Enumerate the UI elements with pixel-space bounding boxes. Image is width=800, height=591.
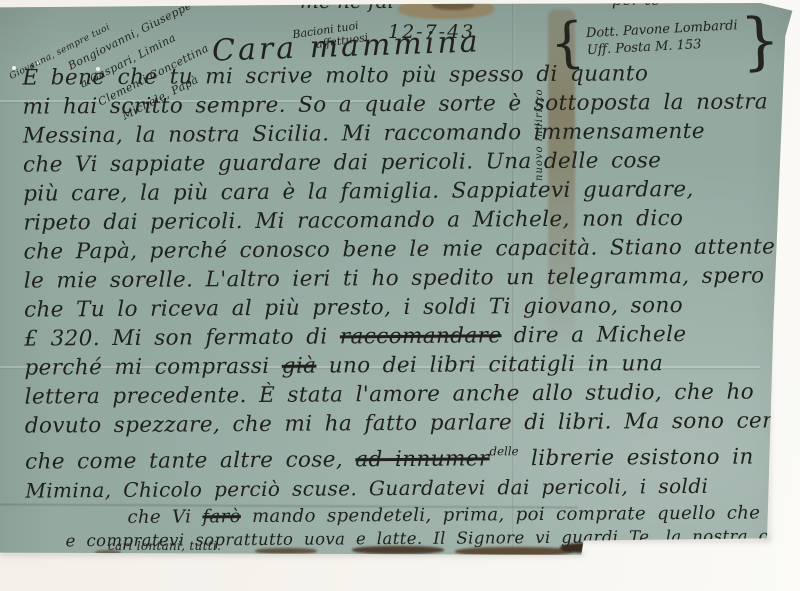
line-segment: le mie sorelle. L'altro ieri ti ho spedi…: [24, 263, 765, 293]
letter-paper: me ne faiper te Giovanna, sempre tuoiBon…: [0, 3, 794, 556]
line-segment: che Vi: [127, 506, 202, 528]
scanned-letter: me ne faiper te Giovanna, sempre tuoiBon…: [0, 0, 800, 591]
line-segment: mi hai scritto sempre. So a quale sorte …: [23, 89, 769, 119]
line-segment: librerie esistono in: [519, 445, 754, 472]
insertion-note: cari lontani, tutti.: [108, 539, 221, 553]
line-segment: Mimina, Chicolo perciò scuse. Guardatevi…: [25, 474, 708, 503]
line-segment: uno dei libri citatigli in una: [316, 351, 663, 378]
letter-line: che come tante altre cose, ad innumerdel…: [25, 435, 773, 476]
line-segment: perché mi comprassi: [24, 354, 281, 381]
line-segment: lettera precedente. È stata l'amore anch…: [25, 380, 755, 410]
line-segment: farò: [202, 506, 241, 527]
body-text: È bene che tu mi scrive molto più spesso…: [22, 58, 773, 552]
line-segment: dire a Michele: [501, 322, 686, 348]
line-segment: dovuto spezzare, che mi ha fatto parlare…: [25, 408, 794, 438]
top-edge-fragment: me ne fai: [300, 3, 394, 13]
line-segment: £ 320. Mi son fermato di: [24, 324, 340, 351]
line-segment: mando spendeteli, prima, poi comprate qu…: [241, 502, 794, 527]
line-segment: ripeto dai pericoli. Mi raccomando a Mic…: [23, 206, 683, 236]
line-segment: ad innumer: [355, 446, 489, 472]
line-segment: Messina, la nostra Sicilia. Mi raccomand…: [23, 119, 705, 149]
line-segment: che Tu lo riceva al più presto, i soldi …: [24, 293, 683, 323]
line-segment: già: [282, 354, 317, 379]
line-segment: che come tante altre cose,: [25, 447, 355, 474]
line-segment: che Vi sappiate guardare dai pericoli. U…: [23, 148, 662, 177]
line-segment: raccomandare: [340, 323, 502, 349]
address-lines: Dott. Pavone Lombardi Uff. Posta M. 153: [584, 17, 741, 59]
line-segment: più care, la più cara è la famiglia. Sap…: [23, 177, 694, 207]
line-segment: delle: [489, 444, 518, 458]
line-segment: È bene che tu mi scrive molto più spesso…: [22, 61, 648, 90]
line-segment: che Papà, perché conosco bene le mie cap…: [24, 234, 776, 264]
